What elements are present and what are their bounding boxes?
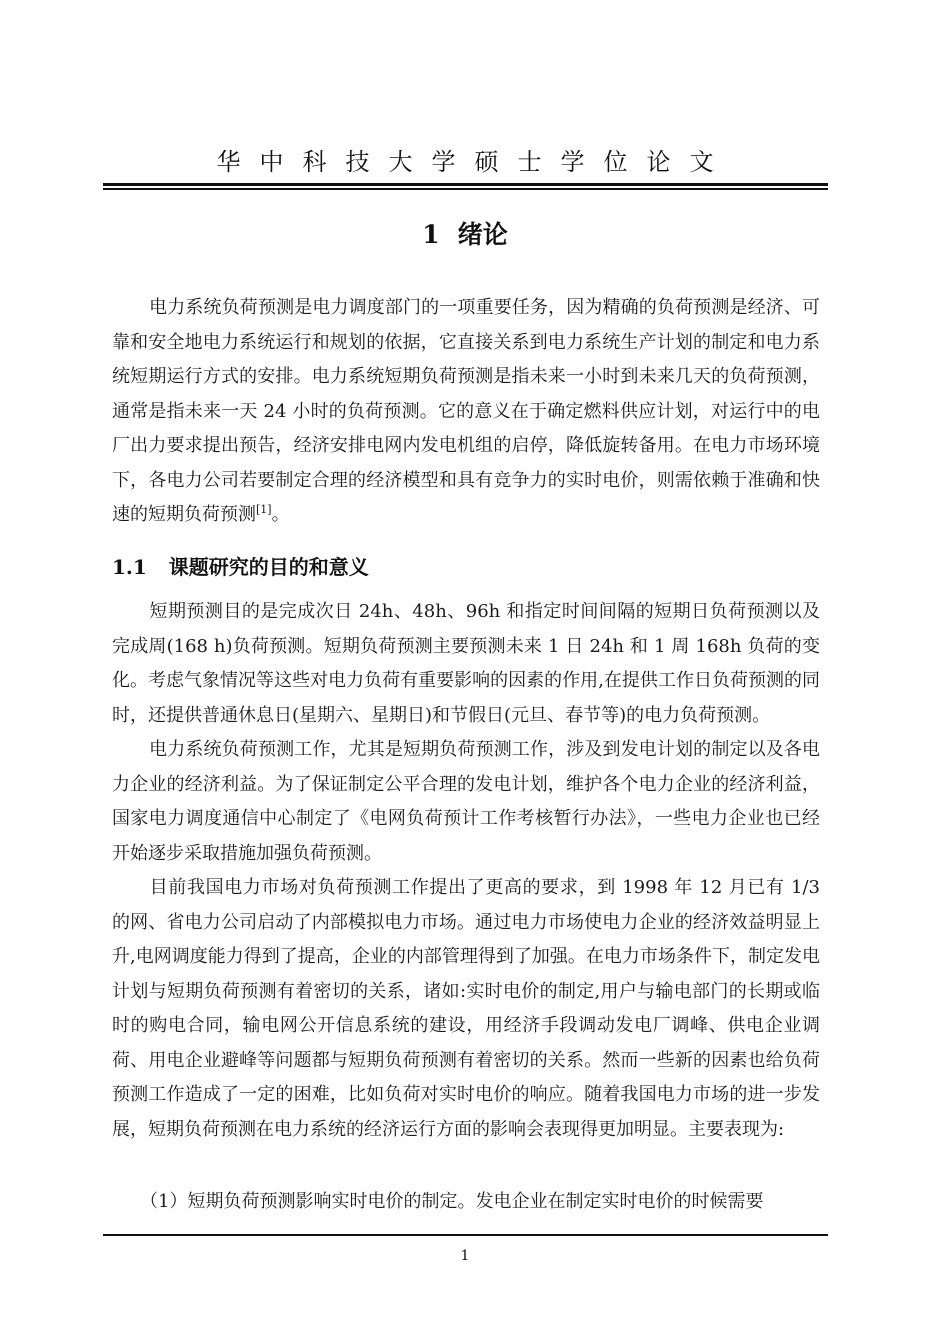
paragraph-text: （1）短期负荷预测影响实时电价的制定。发电企业在制定实时电价的时候需要 [140,1191,763,1212]
header-rule-thick [103,183,828,186]
paragraph-2: 电力系统负荷预测工作，尤其是短期负荷预测工作，涉及到发电计划的制定以及各电力企业… [112,733,820,871]
paragraph-text: 电力系统负荷预测是电力调度部门的一项重要任务，因为精确的负荷预测是经济、可靠和安… [112,297,820,525]
chapter-title: 绪论 [458,220,508,249]
paragraph-text: 短期预测目的是完成次日 24h、48h、96h 和指定时间间隔的短期日负荷预测以… [112,601,820,726]
citation-reference: [1] [256,503,272,516]
paragraph-intro: 电力系统负荷预测是电力调度部门的一项重要任务，因为精确的负荷预测是经济、可靠和安… [112,291,820,533]
document-page: 华中科技大学硕士学位论文 1绪论 电力系统负荷预测是电力调度部门的一项重要任务，… [0,0,950,1344]
footer-rule [103,1234,828,1236]
running-header-title: 华中科技大学硕士学位论文 [100,142,830,177]
paragraph-text: 目前我国电力市场对负荷预测工作提出了更高的要求，到 1998 年 12 月已有 … [112,877,820,1140]
paragraph-3: 目前我国电力市场对负荷预测工作提出了更高的要求，到 1998 年 12 月已有 … [112,871,820,1147]
chapter-number: 1 [422,220,439,249]
chapter-heading: 1绪论 [100,215,830,251]
section-title: 课题研究的目的和意义 [169,555,369,579]
paragraph-1: 短期预测目的是完成次日 24h、48h、96h 和指定时间间隔的短期日负荷预测以… [112,595,820,733]
paragraph-4: （1）短期负荷预测影响实时电价的制定。发电企业在制定实时电价的时候需要 [112,1185,820,1220]
page-number: 1 [0,1248,930,1264]
header-double-rule [103,183,828,190]
section-heading: 1.1课题研究的目的和意义 [112,551,369,580]
paragraph-text: 电力系统负荷预测工作，尤其是短期负荷预测工作，涉及到发电计划的制定以及各电力企业… [112,739,820,864]
section-number: 1.1 [112,555,147,579]
header-rule-thin [103,188,828,190]
